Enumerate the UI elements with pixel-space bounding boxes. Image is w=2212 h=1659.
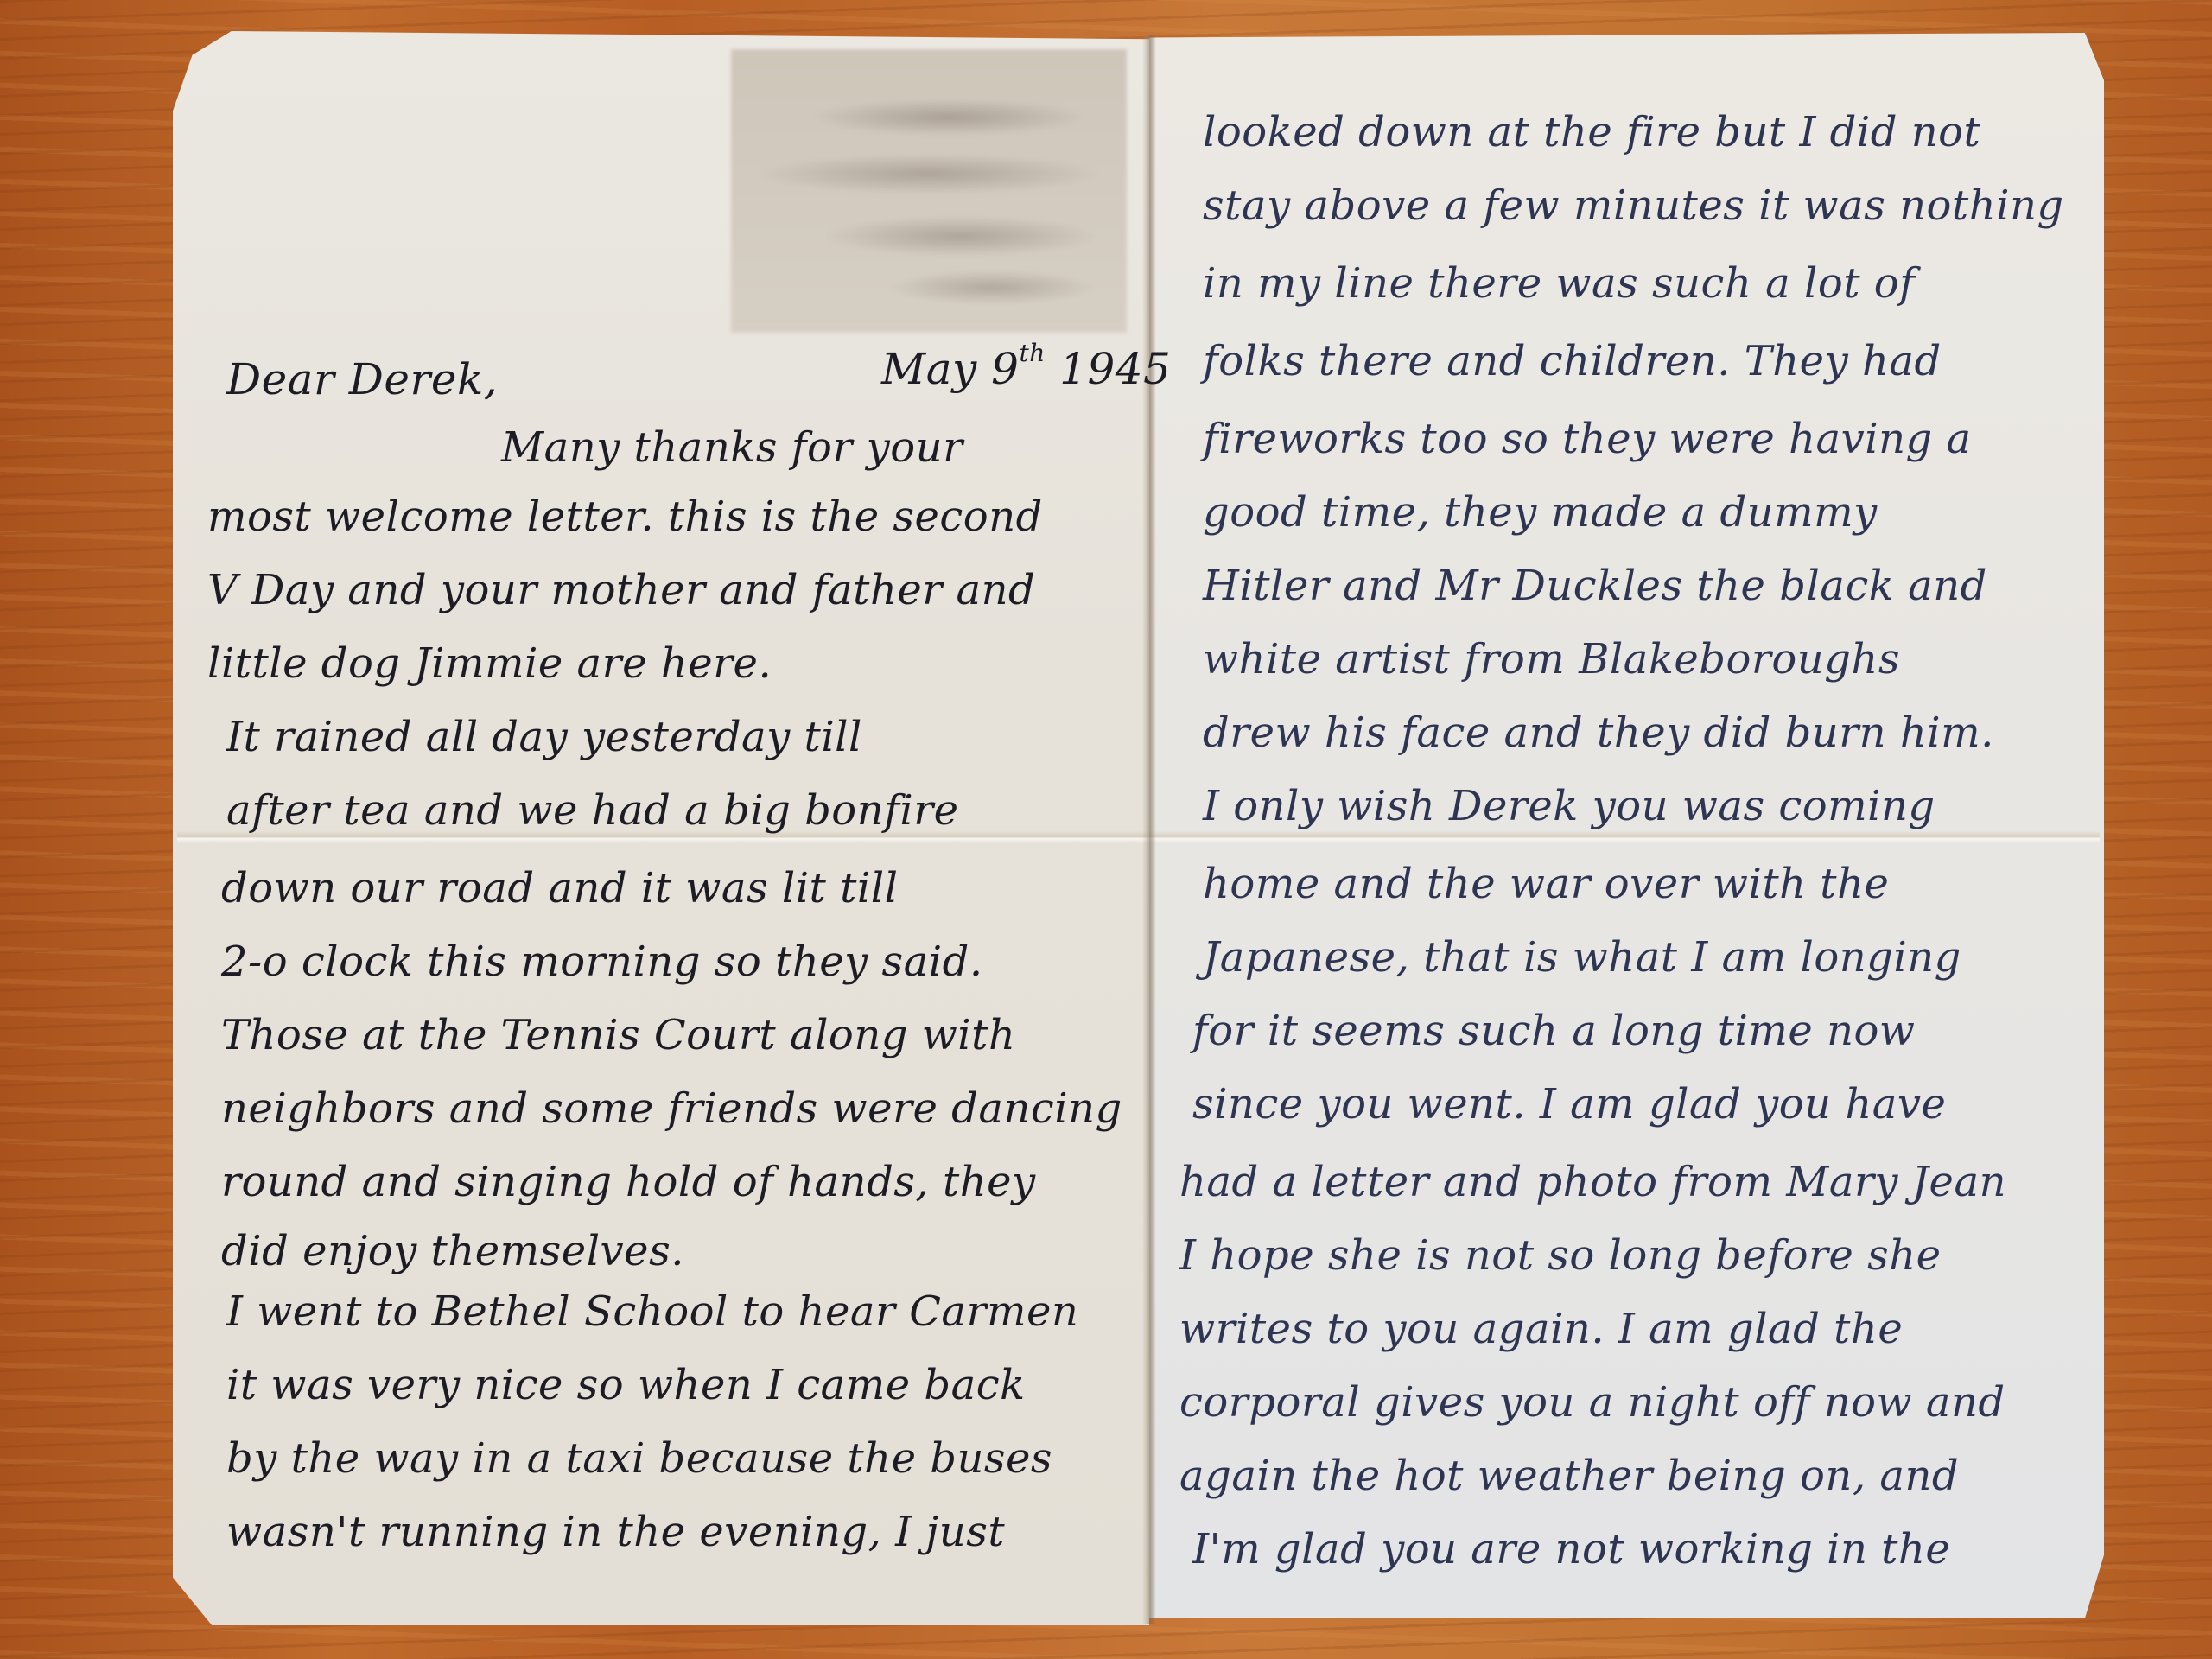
right-line-7: Hitler and Mr Duckles the black and	[1203, 562, 1987, 610]
right-line-20: I'm glad you are not working in the	[1192, 1525, 1950, 1573]
left-line-4: little dog Jimmie are here.	[207, 639, 772, 688]
left-line-11: round and singing hold of hands, they	[221, 1158, 1036, 1206]
left-line-15: by the way in a taxi because the buses	[226, 1434, 1052, 1483]
left-line-13: I went to Bethel School to hear Carmen	[226, 1287, 1078, 1336]
right-line-2: stay above a few minutes it was nothing	[1203, 181, 2064, 230]
right-line-3: in my line there was such a lot of	[1203, 259, 1915, 308]
left-line-9: Those at the Tennis Court along with	[221, 1011, 1015, 1059]
date-month-day: May 9	[881, 344, 1019, 394]
right-line-15: had a letter and photo from Mary Jean	[1179, 1158, 2006, 1206]
right-line-8: white artist from Blakeboroughs	[1203, 635, 1900, 683]
vertical-fold-crease	[1142, 35, 1156, 1624]
right-line-16: I hope she is not so long before she	[1179, 1231, 1942, 1280]
redacted-address-block	[731, 49, 1127, 333]
right-line-18: corporal gives you a night off now and	[1179, 1378, 2005, 1427]
left-line-2: most welcome letter. this is the second	[207, 493, 1043, 541]
right-line-13: for it seems such a long time now	[1192, 1007, 1915, 1055]
right-line-12: Japanese, that is what I am longing	[1203, 933, 1961, 982]
wooden-table-background: Dear Derek, May 9th 1945 Many thanks for…	[0, 0, 2212, 1659]
left-line-8: 2-o clock this morning so they said.	[221, 938, 983, 986]
right-line-17: writes to you again. I am glad the	[1179, 1305, 1903, 1353]
date-spacer	[1046, 344, 1059, 394]
right-line-9: drew his face and they did burn him.	[1203, 709, 1994, 757]
left-line-16: wasn't running in the evening, I just	[226, 1508, 1005, 1556]
date-year: 1945	[1059, 344, 1171, 394]
left-line-5: It rained all day yesterday till	[226, 713, 862, 761]
left-line-3: V Day and your mother and father and	[207, 566, 1035, 614]
letter-date: May 9th 1945	[881, 339, 1171, 394]
left-line-6: after tea and we had a big bonfire	[226, 786, 959, 835]
left-line-1: Many thanks for your	[501, 423, 963, 472]
letter-greeting: Dear Derek,	[226, 354, 498, 404]
right-line-5: fireworks too so they were having a	[1203, 415, 1972, 463]
left-line-12: did enjoy themselves.	[221, 1227, 684, 1275]
left-line-7: down our road and it was lit till	[221, 864, 898, 912]
date-suffix: th	[1019, 339, 1045, 367]
right-line-4: folks there and children. They had	[1203, 337, 1942, 385]
right-line-19: again the hot weather being on, and	[1179, 1452, 1959, 1500]
right-line-11: home and the war over with the	[1203, 860, 1889, 908]
right-line-1: looked down at the fire but I did not	[1203, 108, 1980, 156]
left-line-14: it was very nice so when I came back	[226, 1361, 1026, 1409]
left-line-10: neighbors and some friends were dancing	[221, 1084, 1122, 1133]
right-line-6: good time, they made a dummy	[1203, 488, 1878, 537]
right-line-10: I only wish Derek you was coming	[1203, 782, 1935, 830]
right-line-14: since you went. I am glad you have	[1192, 1080, 1946, 1128]
